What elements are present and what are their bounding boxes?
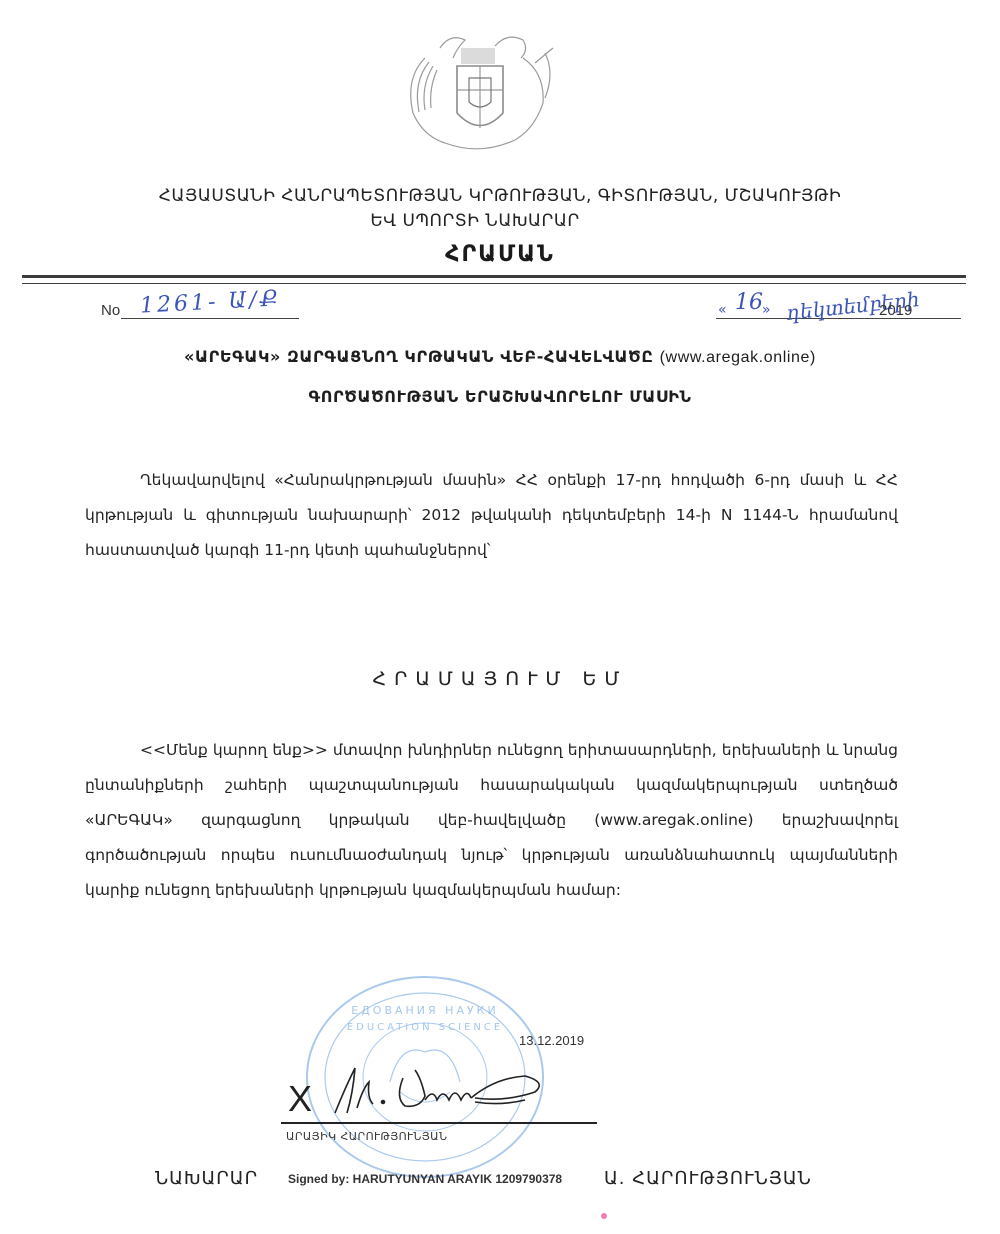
subject-line1: «ԱՐԵԳԱԿ» ԶԱՐԳԱՑՆՈՂ ԿՐԹԱԿԱՆ ՎԵԲ-ՀԱՎԵԼՎԱԾԸ…	[0, 347, 1000, 367]
ministry-name-line2: ԵՎ ՍՊՈՐՏԻ ՆԱԽԱՐԱՐ	[0, 211, 975, 231]
handwritten-signature	[325, 1058, 555, 1118]
date-quote-open: «	[718, 302, 727, 318]
date-day-handwritten: 16	[735, 290, 763, 315]
eagle-lion-icon	[395, 18, 565, 158]
coat-of-arms-emblem	[395, 18, 565, 158]
order-number-handwritten: 1261- Ա/Ք	[139, 286, 281, 318]
subject-line2: ԳՈՐԾԱԾՈՒԹՅԱՆ ԵՐԱՇԽԱՎՈՐԵԼՈՒ ՄԱՍԻՆ	[0, 387, 1000, 406]
signature-scribble-icon	[325, 1058, 555, 1118]
header-divider	[22, 275, 966, 284]
document-type-title: ՀՐԱՄԱՆ	[0, 242, 1000, 267]
footer-minister-name: Ա. ՀԱՐՈՒԹՅՈՒՆՅԱՆ	[604, 1168, 812, 1189]
subject-url: (www.aregak.online)	[660, 349, 816, 366]
order-heading: ՀՐԱՄԱՅՈՒՄ ԵՄ	[0, 668, 1000, 690]
ministry-name-line1: ՀԱՅԱՍՏԱՆԻ ՀԱՆՐԱՊԵՏՈՒԹՅԱՆ ԿՐԹՈՒԹՅԱՆ, ԳԻՏՈ…	[0, 186, 1000, 206]
signed-date: 13.12.2019	[519, 1033, 584, 1048]
signature-x-mark: X	[288, 1078, 312, 1120]
order-paragraph: <<Մենք կարող ենք>> մտավոր խնդիրներ ունեց…	[85, 733, 898, 908]
signature-line	[281, 1122, 597, 1124]
subject-title: «ԱՐԵԳԱԿ» ԶԱՐԳԱՑՆՈՂ ԿՐԹԱԿԱՆ ՎԵԲ-ՀԱՎԵԼՎԱԾԸ	[184, 347, 653, 366]
signer-name: ԱՐԱՅԻԿ ՀԱՐՈՒԹՅՈՒՆՅԱՆ	[286, 1130, 447, 1143]
svg-text:ЕДОВАНИЯ НАУКИ: ЕДОВАНИЯ НАУКИ	[351, 1004, 498, 1017]
date-year: 2019	[879, 302, 912, 319]
date-quote-close: »	[762, 302, 771, 318]
footer-minister-title: ՆԱԽԱՐԱՐ	[155, 1168, 258, 1189]
digital-signature-info: Signed by: HARUTYUNYAN ARAYIK 1209790378	[288, 1172, 562, 1186]
number-label: No	[101, 302, 120, 319]
preamble-paragraph: Ղեկավարվելով «Հանրակրթության մասին» ՀՀ օ…	[85, 463, 898, 568]
ink-mark	[601, 1213, 607, 1219]
svg-text:EDUCATION SCIENCE: EDUCATION SCIENCE	[347, 1022, 503, 1033]
